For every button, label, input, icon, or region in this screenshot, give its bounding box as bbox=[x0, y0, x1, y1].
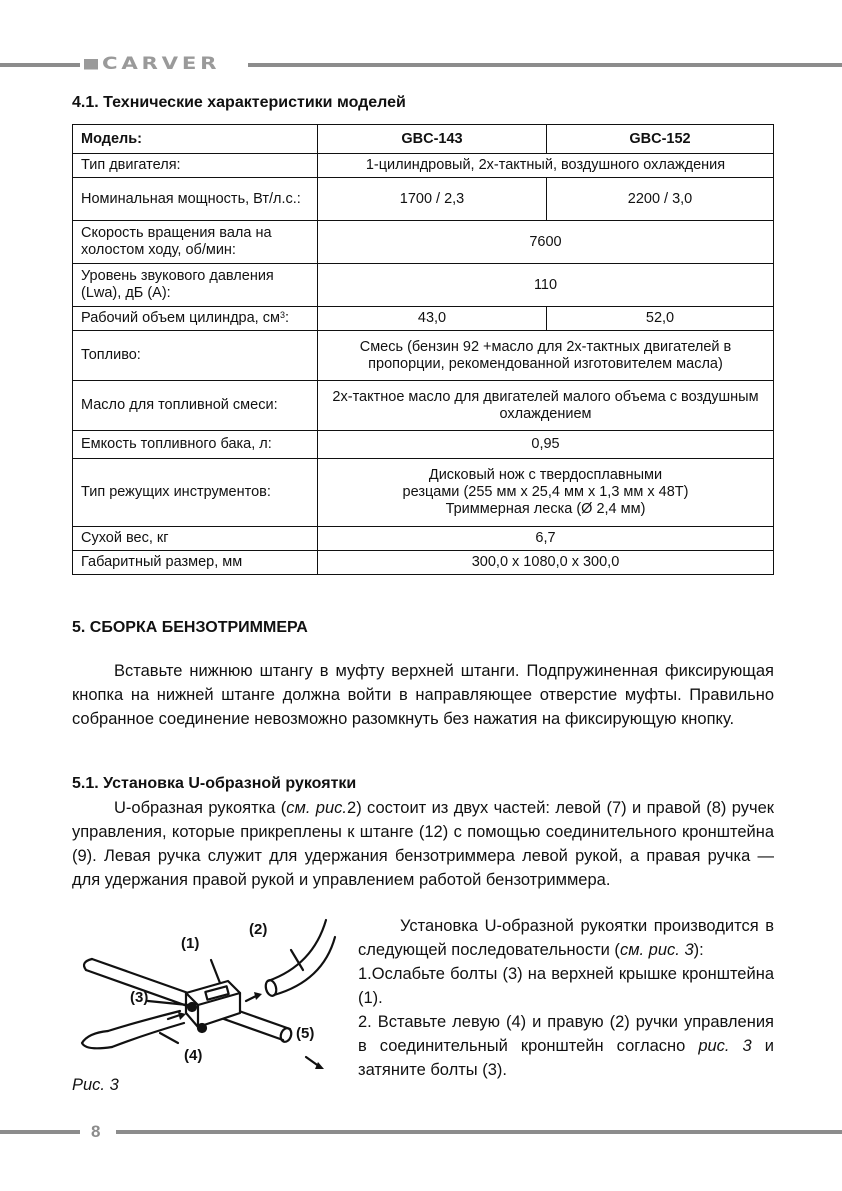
table-row: Сухой вес, кг6,7 bbox=[73, 527, 774, 551]
section-5-title: 5. СБОРКА БЕНЗОТРИММЕРА bbox=[72, 619, 308, 637]
figure-label-4: (4) bbox=[184, 1047, 202, 1064]
figure-label-1: (1) bbox=[181, 935, 199, 952]
table-row: Номинальная мощность, Вт/л.с.:1700 / 2,3… bbox=[73, 178, 774, 221]
header-model-gbc-152: GBC-152 bbox=[547, 125, 774, 154]
logo-mark-icon bbox=[84, 59, 98, 70]
figure-reference: см. рис. 3 bbox=[620, 941, 694, 959]
header-model-gbc-143: GBC-143 bbox=[318, 125, 547, 154]
spec-label-text: Тип двигателя: bbox=[81, 157, 181, 173]
spec-label: Тип двигателя: bbox=[73, 154, 318, 178]
table-header-row: Модель:GBC-143GBC-152 bbox=[73, 125, 774, 154]
spec-label: Номинальная мощность, Вт/л.с.: bbox=[73, 178, 318, 221]
spec-label-text: Габаритный размер, мм bbox=[81, 554, 242, 570]
spec-label: Габаритный размер, мм bbox=[73, 551, 318, 575]
spec-value-merged: 1-цилиндровый, 2х-тактный, воздушного ох… bbox=[318, 154, 774, 178]
text-part: ): bbox=[694, 941, 704, 959]
figure-3-handle-assembly: (1) (2) (3) (4) (5) bbox=[68, 915, 348, 1080]
spec-label: Скорость вращения вала на холостом ходу,… bbox=[73, 221, 318, 264]
spec-value-merged: Смесь (бензин 92 +масло для 2х-тактных д… bbox=[318, 331, 774, 381]
table-row: Габаритный размер, мм300,0 х 1080,0 х 30… bbox=[73, 551, 774, 575]
section-5-text: Вставьте нижнюю штангу в муфту верхней ш… bbox=[72, 662, 774, 728]
brand-logo: CARVER bbox=[84, 53, 197, 75]
header-model: Модель: bbox=[73, 125, 318, 154]
figure-reference: см. рис. bbox=[286, 799, 347, 817]
spec-label-text: Сухой вес, кг bbox=[81, 530, 169, 546]
spec-value: 1700 / 2,3 bbox=[318, 178, 547, 221]
table-row: Рабочий объем цилиндра, см3:43,052,0 bbox=[73, 307, 774, 331]
figure-label-5: (5) bbox=[296, 1025, 314, 1042]
spec-value: 2200 / 3,0 bbox=[547, 178, 774, 221]
spec-label: Рабочий объем цилиндра, см3: bbox=[73, 307, 318, 331]
spec-value-merged: 6,7 bbox=[318, 527, 774, 551]
table-row: Масло для топливной смеси:2х-тактное мас… bbox=[73, 381, 774, 431]
spec-value-merged: 7600 bbox=[318, 221, 774, 264]
brand-name: CARVER bbox=[102, 54, 220, 74]
text-part: Установка U-образной рукоятки производит… bbox=[358, 917, 774, 959]
table-row: Скорость вращения вала на холостом ходу,… bbox=[73, 221, 774, 264]
page-number: 8 bbox=[91, 1122, 100, 1142]
spec-label: Масло для топливной смеси: bbox=[73, 381, 318, 431]
spec-label-text: Емкость топливного бака, л: bbox=[81, 436, 272, 452]
text-part: U-образная рукоятка ( bbox=[114, 799, 286, 817]
spec-label: Уровень звукового давления (Lwa), дБ (А)… bbox=[73, 264, 318, 307]
spec-value-merged: 2х-тактное масло для двигателей малого о… bbox=[318, 381, 774, 431]
section-5-paragraph: Вставьте нижнюю штангу в муфту верхней ш… bbox=[72, 659, 774, 731]
spec-label-text: Тип режущих инструментов: bbox=[81, 484, 271, 500]
footer-rule-right bbox=[116, 1130, 842, 1134]
spec-label-text: Номинальная мощность, Вт/л.с.: bbox=[81, 191, 301, 207]
figure-label-2: (2) bbox=[249, 921, 267, 938]
installation-steps: Установка U-образной рукоятки производит… bbox=[358, 914, 774, 1082]
spec-value-merged: 0,95 bbox=[318, 431, 774, 459]
table-row: Уровень звукового давления (Lwa), дБ (А)… bbox=[73, 264, 774, 307]
spec-value: 52,0 bbox=[547, 307, 774, 331]
spec-value-line: резцами (255 мм х 25,4 мм х 1,3 мм х 48Т… bbox=[326, 484, 765, 501]
figure-reference: рис. 3 bbox=[698, 1037, 751, 1055]
header-rule-left bbox=[0, 63, 80, 67]
spec-value-line: Триммерная леска (Ø 2,4 мм) bbox=[326, 501, 765, 518]
spec-label-text: Уровень звукового давления (Lwa), дБ (А)… bbox=[81, 268, 274, 301]
spec-label-suffix: : bbox=[285, 310, 289, 326]
step-1: 1.Ослабьте болты (3) на верхней крышке к… bbox=[358, 965, 774, 1007]
table-row: Тип двигателя:1-цилиндровый, 2х-тактный,… bbox=[73, 154, 774, 178]
figure-label-3: (3) bbox=[130, 989, 148, 1006]
spec-label: Сухой вес, кг bbox=[73, 527, 318, 551]
handle-assembly-illustration bbox=[68, 915, 348, 1080]
spec-label-text: Топливо: bbox=[81, 347, 141, 363]
figure-caption: Рис. 3 bbox=[72, 1076, 119, 1095]
spec-value-merged: Дисковый нож с твердосплавнымирезцами (2… bbox=[318, 459, 774, 527]
section-5-1-title: 5.1. Установка U-образной рукоятки bbox=[72, 775, 356, 793]
spec-value: 43,0 bbox=[318, 307, 547, 331]
header-rule-right bbox=[248, 63, 842, 67]
table-row: Емкость топливного бака, л:0,95 bbox=[73, 431, 774, 459]
spec-table: Модель:GBC-143GBC-152Тип двигателя:1-цил… bbox=[72, 124, 774, 575]
table-row: Топливо:Смесь (бензин 92 +масло для 2х-т… bbox=[73, 331, 774, 381]
section-5-1-paragraph: U-образная рукоятка (см. рис.2) состоит … bbox=[72, 796, 774, 892]
spec-label: Емкость топливного бака, л: bbox=[73, 431, 318, 459]
spec-label-text: Масло для топливной смеси: bbox=[81, 397, 278, 413]
spec-label: Тип режущих инструментов: bbox=[73, 459, 318, 527]
spec-value-merged: 110 bbox=[318, 264, 774, 307]
spec-label-text: Скорость вращения вала на холостом ходу,… bbox=[81, 225, 272, 258]
spec-label: Топливо: bbox=[73, 331, 318, 381]
spec-label-text: Рабочий объем цилиндра, см bbox=[81, 310, 280, 326]
spec-value-line: Дисковый нож с твердосплавными bbox=[326, 467, 765, 484]
text-part: 2 bbox=[347, 799, 356, 817]
spec-value-merged: 300,0 х 1080,0 х 300,0 bbox=[318, 551, 774, 575]
section-4-1-title: 4.1. Технические характеристики моделей bbox=[72, 94, 406, 112]
table-row: Тип режущих инструментов:Дисковый нож с … bbox=[73, 459, 774, 527]
footer-rule-left bbox=[0, 1130, 80, 1134]
